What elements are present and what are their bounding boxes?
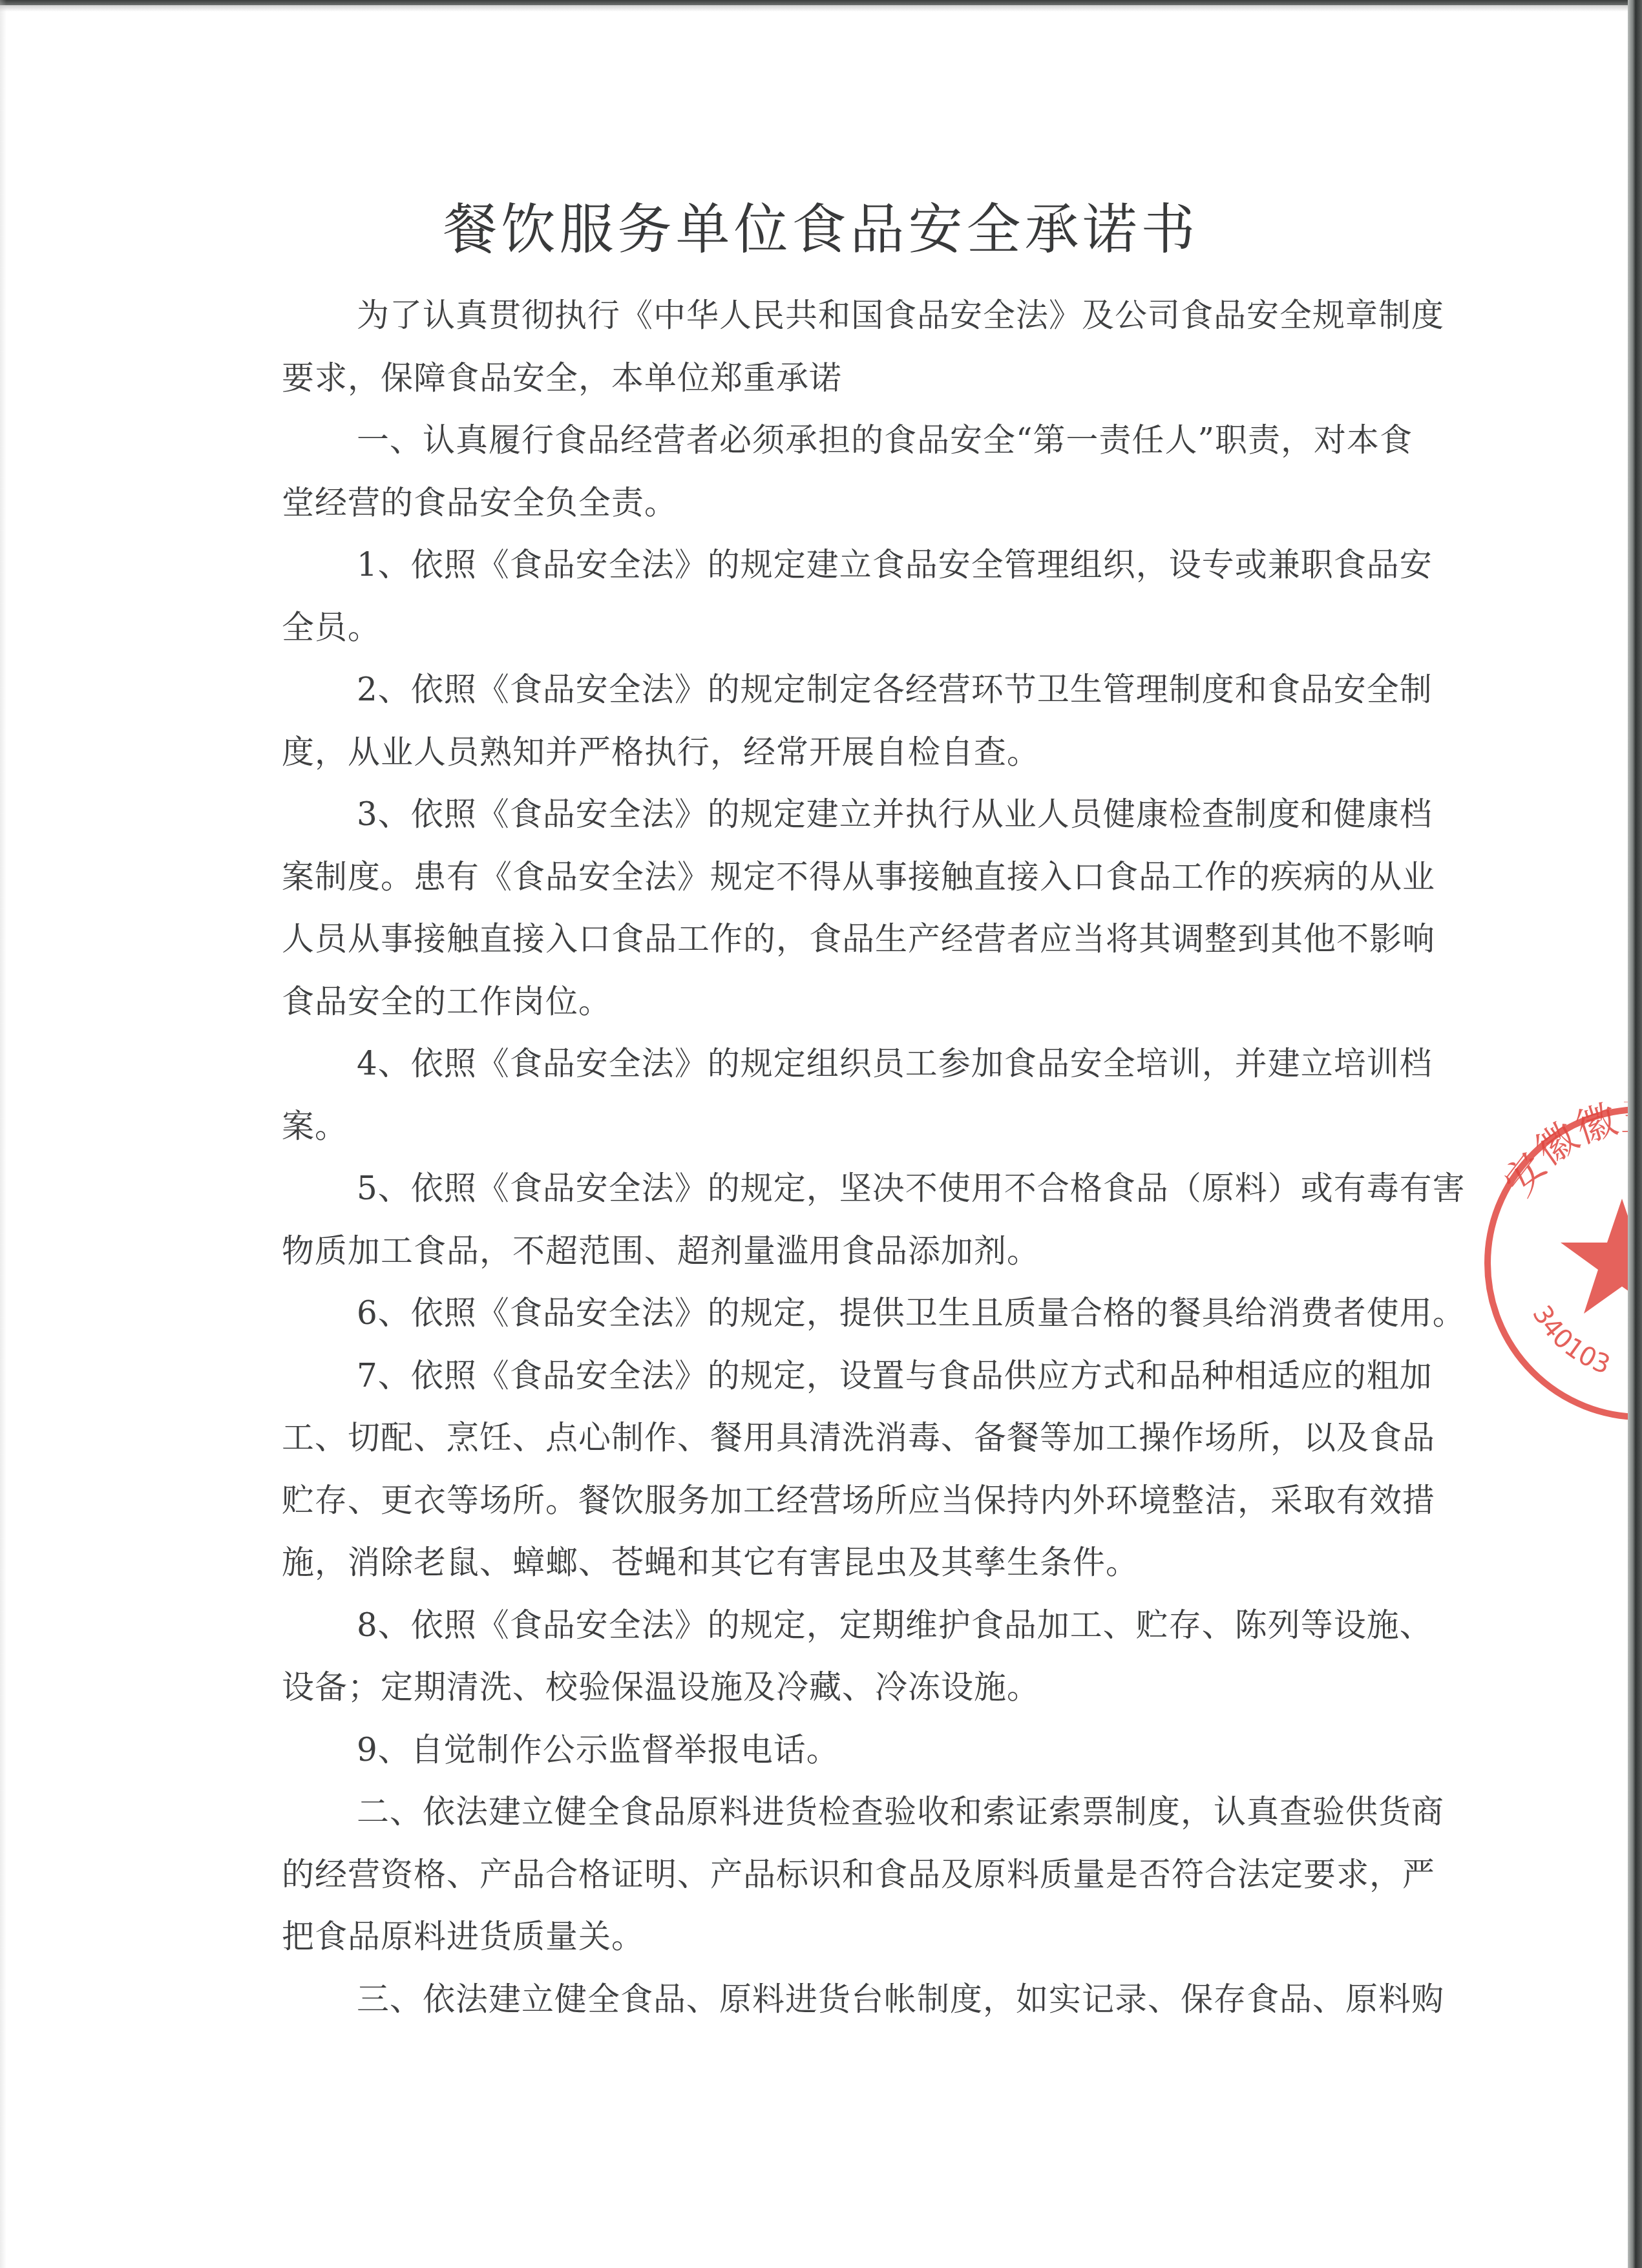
document-body: 为了认真贯彻执行《中华人民共和国食品安全法》及公司食品安全规章制度要求，保障食品… (282, 284, 1395, 2030)
text-line: 7、依照《食品安全法》的规定，设置与食品供应方式和品种相适应的粗加 (282, 1345, 1395, 1407)
text-line: 食品安全的工作岗位。 (282, 971, 1395, 1033)
text-line: 案制度。患有《食品安全法》规定不得从事接触直接入口食品工作的疾病的从业 (282, 846, 1395, 908)
text-line: 全员。 (282, 596, 1395, 659)
document-title: 餐饮服务单位食品安全承诺书 (0, 194, 1642, 265)
company-seal: 安徽徽王餐饮管 340103 (1480, 1102, 1642, 1425)
text-line: 物质加工食品，不超范围、超剂量滥用食品添加剂。 (282, 1220, 1395, 1283)
text-line: 人员从事接触直接入口食品工作的，食品生产经营者应当将其调整到其他不影响 (282, 908, 1395, 971)
text-line: 设备；定期清洗、校验保温设施及冷藏、冷冻设施。 (282, 1656, 1395, 1719)
text-line: 施，消除老鼠、蟑螂、苍蝇和其它有害昆虫及其孳生条件。 (282, 1531, 1395, 1594)
text-line: 5、依照《食品安全法》的规定，坚决不使用不合格食品（原料）或有毒有害 (282, 1157, 1395, 1220)
text-line: 的经营资格、产品合格证明、产品标识和食品及原料质量是否符合法定要求，严 (282, 1843, 1395, 1906)
text-line: 6、依照《食品安全法》的规定，提供卫生且质量合格的餐具给消费者使用。 (282, 1282, 1395, 1345)
text-line: 工、切配、烹饪、点心制作、餐用具清洗消毒、备餐等加工操作场所，以及食品 (282, 1407, 1395, 1469)
text-line: 要求，保障食品安全，本单位郑重承诺 (282, 347, 1395, 410)
text-line: 9、自觉制作公示监督举报电话。 (282, 1719, 1395, 1781)
document-page: 餐饮服务单位食品安全承诺书 为了认真贯彻执行《中华人民共和国食品安全法》及公司食… (0, 0, 1642, 2268)
text-line: 案。 (282, 1095, 1395, 1158)
text-line: 度，从业人员熟知并严格执行，经常开展自检自查。 (282, 721, 1395, 784)
seal-arc-text: 安徽徽王餐饮管 (1494, 1102, 1642, 1204)
text-line: 1、依照《食品安全法》的规定建立食品安全管理组织，设专或兼职食品安 (282, 534, 1395, 596)
seal-code: 340103 (1526, 1301, 1614, 1380)
scan-right-edge (1628, 0, 1642, 2268)
text-line: 3、依照《食品安全法》的规定建立并执行从业人员健康检查制度和健康档 (282, 783, 1395, 846)
text-line: 三、依法建立健全食品、原料进货台帐制度，如实记录、保存食品、原料购 (282, 1968, 1395, 2031)
text-line: 4、依照《食品安全法》的规定组织员工参加食品安全培训，并建立培训档 (282, 1033, 1395, 1095)
text-line: 堂经营的食品安全负全责。 (282, 472, 1395, 534)
text-line: 贮存、更衣等场所。餐饮服务加工经营场所应当保持内外环境整洁，采取有效措 (282, 1469, 1395, 1532)
text-line: 为了认真贯彻执行《中华人民共和国食品安全法》及公司食品安全规章制度 (282, 284, 1395, 347)
text-line: 一、认真履行食品经营者必须承担的食品安全“第一责任人”职责，对本食 (282, 409, 1395, 472)
text-line: 8、依照《食品安全法》的规定，定期维护食品加工、贮存、陈列等设施、 (282, 1594, 1395, 1657)
text-line: 二、依法建立健全食品原料进货检查验收和索证索票制度，认真查验供货商 (282, 1781, 1395, 1843)
text-line: 2、依照《食品安全法》的规定制定各经营环节卫生管理制度和食品安全制 (282, 658, 1395, 721)
text-line: 把食品原料进货质量关。 (282, 1906, 1395, 1968)
